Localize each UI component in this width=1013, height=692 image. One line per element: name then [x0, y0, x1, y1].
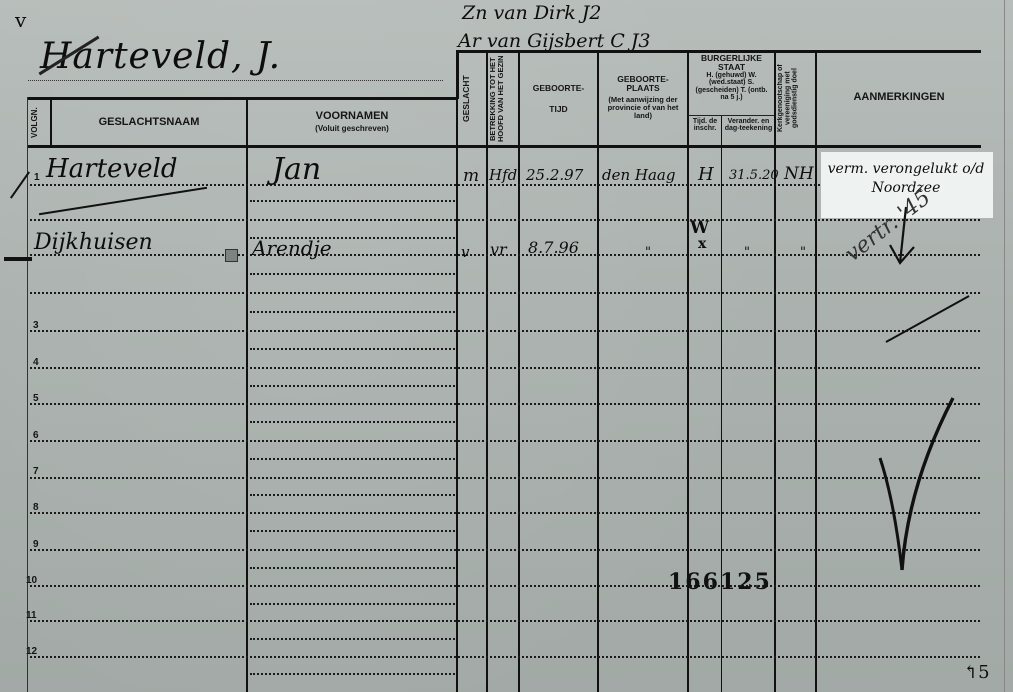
registration-card: v Harteveld, J. Zn van Dirk J2 Ar van Gi… — [0, 0, 1013, 692]
row2-burgerlijke-staat: W — [690, 218, 709, 238]
col-line-verander — [774, 52, 776, 692]
row1-voornamen: Jan — [272, 152, 321, 187]
row-number-6: 6 — [33, 430, 39, 441]
row2-voornamen: Arendje — [252, 236, 332, 260]
voornamen-subline-8 — [250, 458, 455, 460]
row-line-12 — [30, 585, 980, 587]
header-kerkgenootschap: Kerkgenootschap of vereeniging met godsd… — [777, 54, 813, 142]
row2-stamp-box-icon — [225, 249, 238, 262]
header-tijd-inschr: Tijd. de inschr. — [689, 118, 721, 133]
row-number-1: 1 — [34, 172, 40, 183]
row-number-7: 7 — [33, 466, 39, 477]
col-line-geboortetijd — [597, 52, 599, 692]
large-check-mark-icon — [870, 390, 960, 590]
row-line-2 — [30, 219, 980, 221]
row1-burgerlijke-staat: H — [698, 164, 714, 185]
header-geslacht: GESLACHT — [462, 56, 482, 142]
row-line-14 — [30, 656, 980, 658]
header-geboortetijd-1: GEBOORTE- — [520, 84, 597, 93]
voornamen-subline-7 — [250, 421, 455, 423]
card-left-border — [27, 97, 28, 692]
row1-geboortetijd: 25.2.97 — [526, 166, 583, 184]
header-step-line — [456, 50, 459, 99]
check-mark-small: v — [15, 8, 26, 32]
voornamen-subline-11 — [250, 567, 455, 569]
header-aanmerkingen: AANMERKINGEN — [817, 92, 981, 104]
col-line-geboorteplaats — [687, 52, 689, 692]
aanmerking-slash — [885, 295, 969, 343]
row2-dash-mark — [4, 257, 32, 261]
row2-geboorteplaats: " — [645, 245, 651, 260]
row1-geslachtsnaam-underline — [39, 187, 207, 216]
title-underline — [28, 80, 443, 81]
corner-mark: ↰5 — [963, 662, 990, 683]
row2-verander: " — [744, 245, 750, 260]
row1-kerk: NH — [784, 164, 814, 184]
header-geslachtsnaam: GESLACHTSNAAM — [52, 117, 246, 129]
header-voornamen-title: VOORNAMEN — [248, 111, 456, 123]
row2-geslacht: v — [461, 243, 469, 261]
card-title-name: Harteveld, J. — [40, 36, 281, 77]
row-line-13 — [30, 620, 980, 622]
header-voornamen-sub: (Voluit geschreven) — [248, 125, 456, 133]
row-line-7 — [30, 403, 980, 405]
row1-aanmerking: verm. verongelukt o/d Noordzee — [826, 160, 986, 198]
row-number-11: 11 — [26, 610, 37, 621]
row-line-6 — [30, 367, 980, 369]
annotation-zoon-van: Zn van Dirk J2 — [462, 2, 601, 24]
voornamen-subline-6 — [250, 385, 455, 387]
header-geboorteplaats-2: PLAATS — [599, 84, 687, 93]
row1-geslachtsnaam: Harteveld — [46, 154, 177, 184]
row-number-3: 3 — [33, 320, 39, 331]
row1-verander: 31.5.20 — [729, 168, 779, 183]
row-number-8: 8 — [33, 502, 39, 513]
row2-betrekking: vr — [490, 240, 507, 259]
row1-geslacht: m — [463, 166, 479, 186]
voornamen-subline-4 — [250, 311, 455, 313]
row-line-8 — [30, 440, 980, 442]
row-number-12: 12 — [26, 646, 37, 657]
row2-geslachtsnaam: Dijkhuisen — [34, 230, 153, 255]
voornamen-subline-12 — [250, 603, 455, 605]
col-line-geslachtsnaam — [246, 99, 248, 692]
voornamen-subline-14 — [250, 673, 455, 675]
header-burgerlijke-staat-title: BURGERLIJKE STAAT — [689, 54, 774, 72]
voornamen-subline-10 — [250, 530, 455, 532]
row2-staat-mark: x — [698, 236, 706, 252]
header-verander: Verander. en dag-teekening — [723, 118, 774, 133]
voornamen-subline-9 — [250, 494, 455, 496]
row1-betrekking: Hfd — [489, 166, 517, 184]
voornamen-subline-3 — [250, 273, 455, 275]
row-number-9: 9 — [33, 539, 39, 550]
row-line-9 — [30, 477, 980, 479]
row-line-5 — [30, 330, 980, 332]
row-line-11 — [30, 549, 980, 551]
header-geboortetijd: GEBOORTE- TIJD — [520, 84, 597, 114]
col-line-geslacht — [486, 52, 488, 692]
registration-stamp-number: 166125 — [668, 569, 772, 595]
row-number-4: 4 — [33, 357, 39, 368]
voornamen-subline-5 — [250, 348, 455, 350]
header-geboorteplaats: GEBOORTE- PLAATS (Met aanwijzing der pro… — [599, 75, 687, 119]
col-line-voornamen — [456, 99, 458, 692]
header-volgn: VOLGN. — [31, 104, 47, 142]
row-line-4 — [30, 292, 980, 294]
card-right-edge — [1004, 0, 1005, 692]
col-line-betrekking — [518, 52, 520, 692]
voornamen-subline-13 — [250, 638, 455, 640]
header-geboortetijd-2: TIJD — [520, 105, 597, 114]
header-top-line-left — [27, 97, 458, 100]
header-burgerlijke-staat-codes: H. (gehuwd) W. (wed.staat) S. (gescheide… — [689, 72, 774, 101]
header-voornamen: VOORNAMEN (Voluit geschreven) — [248, 111, 456, 133]
row2-geboortetijd: 8.7.96 — [528, 238, 579, 257]
row-line-10 — [30, 512, 980, 514]
row2-kerk: " — [800, 245, 806, 260]
burgerlijke-staat-divider — [688, 115, 774, 116]
header-bottom-line — [27, 145, 981, 148]
header-betrekking: BETREKKING TOT HET HOOFD VAN HET GEZIN — [489, 54, 516, 144]
row-number-5: 5 — [33, 393, 39, 404]
annotation-achternicht-van: Ar van Gijsbert C J3 — [458, 30, 651, 52]
header-geboorteplaats-sub: (Met aanwijzing der provincie of van het… — [599, 96, 687, 120]
voornamen-subline-1 — [250, 200, 455, 202]
row-number-10: 10 — [26, 575, 37, 586]
header-burgerlijke-staat: BURGERLIJKE STAAT H. (gehuwd) W. (wed.st… — [689, 54, 774, 101]
row1-geboorteplaats: den Haag — [602, 166, 675, 184]
col-line-kerk — [815, 52, 817, 692]
